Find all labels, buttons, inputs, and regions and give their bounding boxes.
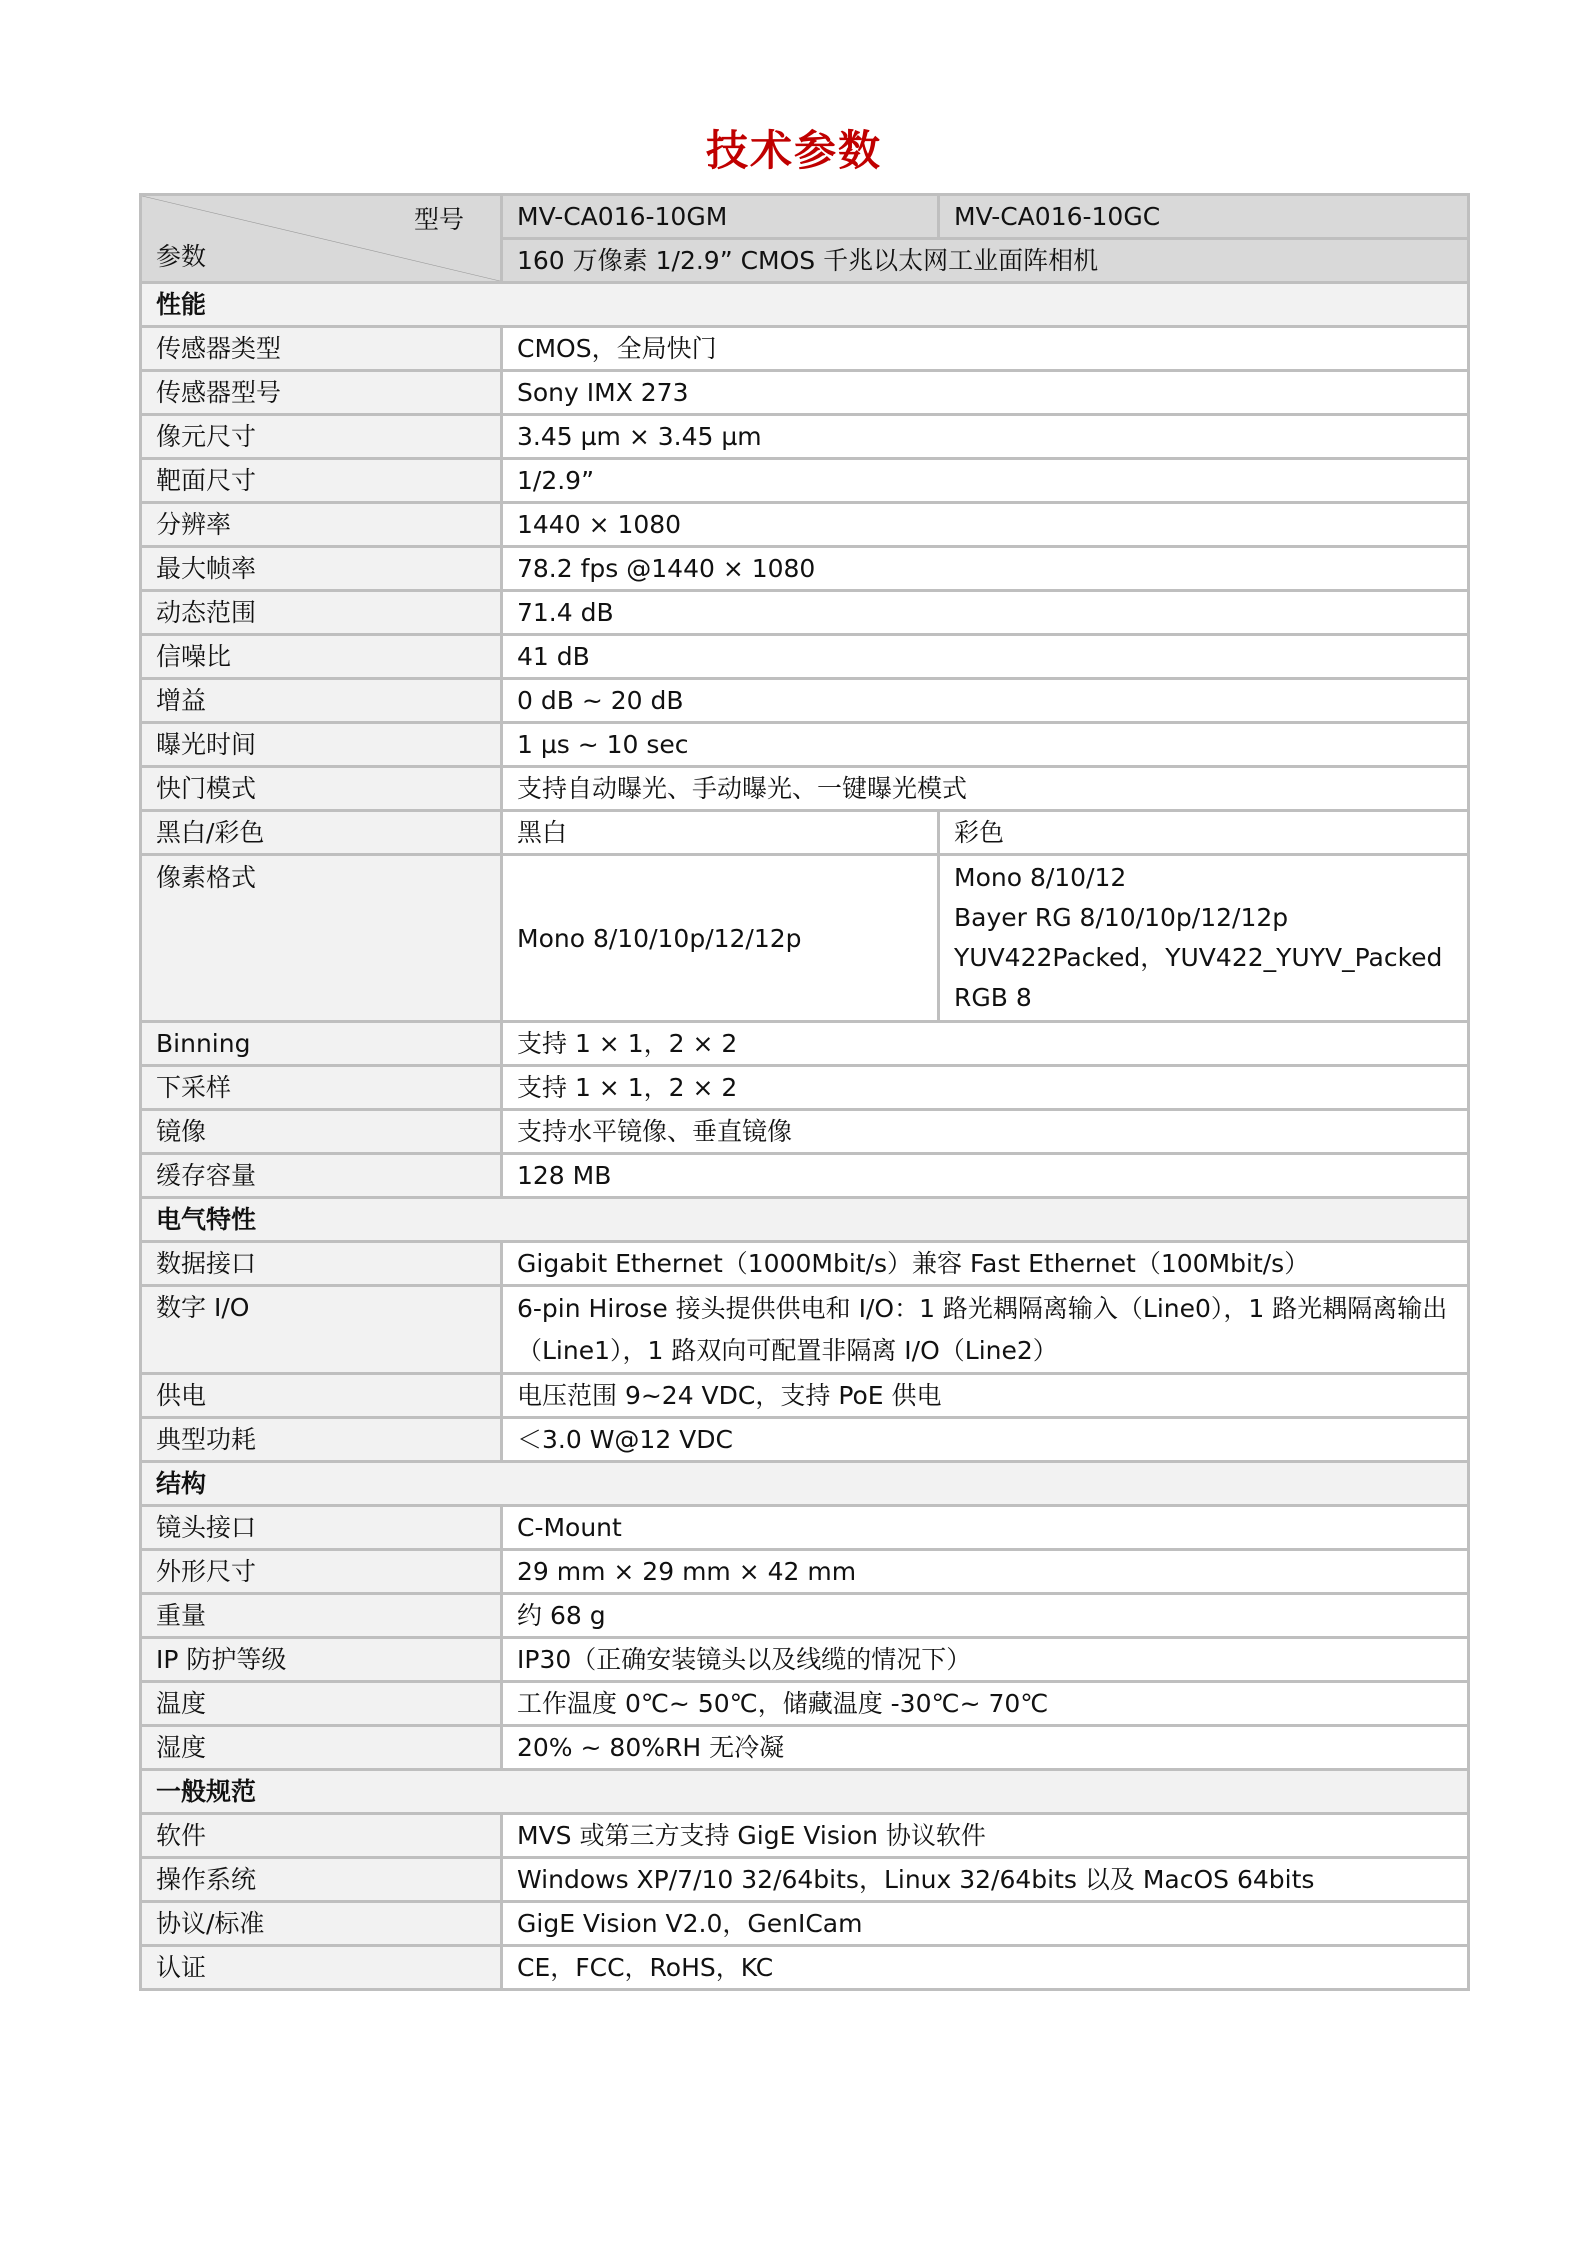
row-label: 协议/标准: [141, 1902, 502, 1946]
row-label: 传感器型号: [141, 371, 502, 415]
section-performance: 性能: [141, 283, 1469, 327]
row-value: 支持水平镜像、垂直镜像: [502, 1110, 1469, 1154]
section-title: 性能: [141, 283, 1469, 327]
row-value: 1440 × 1080: [502, 503, 1469, 547]
header-row-models: 型号 参数 MV-CA016-10GM MV-CA016-10GC: [141, 195, 1469, 239]
pixel-format-line: RGB 8: [954, 978, 1455, 1018]
table-row: 靶面尺寸1/2.9”: [141, 459, 1469, 503]
row-value: 6-pin Hirose 接头提供供电和 I/O：1 路光耦隔离输入（Line0…: [502, 1286, 1469, 1374]
row-value: 3.45 µm × 3.45 µm: [502, 415, 1469, 459]
table-row: 协议/标准GigE Vision V2.0，GenICam: [141, 1902, 1469, 1946]
table-row: 重量约 68 g: [141, 1594, 1469, 1638]
row-value: 1/2.9”: [502, 459, 1469, 503]
table-row-color: 黑白/彩色 黑白 彩色: [141, 811, 1469, 855]
row-label: 分辨率: [141, 503, 502, 547]
table-row: 湿度20% ~ 80%RH 无冷凝: [141, 1726, 1469, 1770]
row-value: 0 dB ~ 20 dB: [502, 679, 1469, 723]
table-row: IP 防护等级IP30（正确安装镜头以及线缆的情况下）: [141, 1638, 1469, 1682]
row-value-gm: 黑白: [502, 811, 939, 855]
row-label: 供电: [141, 1374, 502, 1418]
table-row: 增益0 dB ~ 20 dB: [141, 679, 1469, 723]
row-value: CMOS，全局快门: [502, 327, 1469, 371]
row-label: 靶面尺寸: [141, 459, 502, 503]
row-label: 增益: [141, 679, 502, 723]
row-label: 快门模式: [141, 767, 502, 811]
table-row: 缓存容量128 MB: [141, 1154, 1469, 1198]
row-value: 41 dB: [502, 635, 1469, 679]
row-value: 支持 1 × 1，2 × 2: [502, 1022, 1469, 1066]
row-label: 信噪比: [141, 635, 502, 679]
row-label: 认证: [141, 1946, 502, 1990]
row-label: 典型功耗: [141, 1418, 502, 1462]
row-value: 支持 1 × 1，2 × 2: [502, 1066, 1469, 1110]
pixel-format-line: Bayer RG 8/10/10p/12/12p: [954, 898, 1455, 938]
row-label: 数字 I/O: [141, 1286, 502, 1374]
row-label: 镜像: [141, 1110, 502, 1154]
row-value-gc: Mono 8/10/12 Bayer RG 8/10/10p/12/12p YU…: [939, 855, 1469, 1022]
row-value: C-Mount: [502, 1506, 1469, 1550]
row-label: 动态范围: [141, 591, 502, 635]
pixel-format-line: Mono 8/10/12: [954, 858, 1455, 898]
row-value-gm: Mono 8/10/10p/12/12p: [502, 855, 939, 1022]
section-title: 结构: [141, 1462, 1469, 1506]
row-label: 温度: [141, 1682, 502, 1726]
model-gm: MV-CA016-10GM: [502, 195, 939, 239]
row-label: 重量: [141, 1594, 502, 1638]
row-label: 下采样: [141, 1066, 502, 1110]
table-row: 外形尺寸29 mm × 29 mm × 42 mm: [141, 1550, 1469, 1594]
table-row: 分辨率1440 × 1080: [141, 503, 1469, 547]
row-label: 黑白/彩色: [141, 811, 502, 855]
table-row: 下采样支持 1 × 1，2 × 2: [141, 1066, 1469, 1110]
row-value: 约 68 g: [502, 1594, 1469, 1638]
row-value: MVS 或第三方支持 GigE Vision 协议软件: [502, 1814, 1469, 1858]
row-value: 71.4 dB: [502, 591, 1469, 635]
row-label: 湿度: [141, 1726, 502, 1770]
row-value: Sony IMX 273: [502, 371, 1469, 415]
table-row: 数字 I/O6-pin Hirose 接头提供供电和 I/O：1 路光耦隔离输入…: [141, 1286, 1469, 1374]
param-label: 参数: [156, 237, 206, 277]
pixel-format-line: YUV422Packed，YUV422_YUYV_Packed: [954, 938, 1455, 978]
section-structure: 结构: [141, 1462, 1469, 1506]
product-description: 160 万像素 1/2.9” CMOS 千兆以太网工业面阵相机: [502, 239, 1469, 283]
section-title: 电气特性: [141, 1198, 1469, 1242]
table-row: 传感器类型CMOS，全局快门: [141, 327, 1469, 371]
row-value: 电压范围 9~24 VDC，支持 PoE 供电: [502, 1374, 1469, 1418]
row-label: IP 防护等级: [141, 1638, 502, 1682]
row-value: 支持自动曝光、手动曝光、一键曝光模式: [502, 767, 1469, 811]
section-electrical: 电气特性: [141, 1198, 1469, 1242]
row-value: IP30（正确安装镜头以及线缆的情况下）: [502, 1638, 1469, 1682]
table-row: 最大帧率78.2 fps @1440 × 1080: [141, 547, 1469, 591]
table-row: 动态范围71.4 dB: [141, 591, 1469, 635]
table-row: 像元尺寸3.45 µm × 3.45 µm: [141, 415, 1469, 459]
row-value: 78.2 fps @1440 × 1080: [502, 547, 1469, 591]
row-label: 操作系统: [141, 1858, 502, 1902]
table-row: 操作系统Windows XP/7/10 32/64bits，Linux 32/6…: [141, 1858, 1469, 1902]
row-label: Binning: [141, 1022, 502, 1066]
table-row: 温度工作温度 0℃~ 50℃，储藏温度 -30℃~ 70℃: [141, 1682, 1469, 1726]
row-value: 128 MB: [502, 1154, 1469, 1198]
table-row: 镜头接口C-Mount: [141, 1506, 1469, 1550]
row-value: ＜3.0 W@12 VDC: [502, 1418, 1469, 1462]
table-row: 快门模式支持自动曝光、手动曝光、一键曝光模式: [141, 767, 1469, 811]
spec-table: 型号 参数 MV-CA016-10GM MV-CA016-10GC 160 万像…: [139, 193, 1470, 1991]
table-row: 曝光时间1 µs ~ 10 sec: [141, 723, 1469, 767]
row-label: 像元尺寸: [141, 415, 502, 459]
row-value: GigE Vision V2.0，GenICam: [502, 1902, 1469, 1946]
row-label: 像素格式: [141, 855, 502, 1022]
header-diagonal-cell: 型号 参数: [141, 195, 502, 283]
row-value: 1 µs ~ 10 sec: [502, 723, 1469, 767]
row-value: CE，FCC，RoHS，KC: [502, 1946, 1469, 1990]
table-row: 供电电压范围 9~24 VDC，支持 PoE 供电: [141, 1374, 1469, 1418]
table-row: 传感器型号Sony IMX 273: [141, 371, 1469, 415]
row-value: 工作温度 0℃~ 50℃，储藏温度 -30℃~ 70℃: [502, 1682, 1469, 1726]
row-value: Windows XP/7/10 32/64bits，Linux 32/64bit…: [502, 1858, 1469, 1902]
table-row: 典型功耗＜3.0 W@12 VDC: [141, 1418, 1469, 1462]
table-row: 镜像支持水平镜像、垂直镜像: [141, 1110, 1469, 1154]
section-general: 一般规范: [141, 1770, 1469, 1814]
table-row-pixel-format: 像素格式 Mono 8/10/10p/12/12p Mono 8/10/12 B…: [141, 855, 1469, 1022]
table-row: Binning支持 1 × 1，2 × 2: [141, 1022, 1469, 1066]
row-label: 外形尺寸: [141, 1550, 502, 1594]
table-row: 认证CE，FCC，RoHS，KC: [141, 1946, 1469, 1990]
row-label: 数据接口: [141, 1242, 502, 1286]
page-title: 技术参数: [0, 118, 1588, 178]
row-label: 缓存容量: [141, 1154, 502, 1198]
row-value: Gigabit Ethernet（1000Mbit/s）兼容 Fast Ethe…: [502, 1242, 1469, 1286]
model-label: 型号: [414, 200, 464, 240]
section-title: 一般规范: [141, 1770, 1469, 1814]
table-row: 软件MVS 或第三方支持 GigE Vision 协议软件: [141, 1814, 1469, 1858]
row-label: 传感器类型: [141, 327, 502, 371]
table-row: 信噪比41 dB: [141, 635, 1469, 679]
row-label: 最大帧率: [141, 547, 502, 591]
row-label: 曝光时间: [141, 723, 502, 767]
model-gc: MV-CA016-10GC: [939, 195, 1469, 239]
row-label: 软件: [141, 1814, 502, 1858]
row-value-gc: 彩色: [939, 811, 1469, 855]
row-value: 29 mm × 29 mm × 42 mm: [502, 1550, 1469, 1594]
row-value: 20% ~ 80%RH 无冷凝: [502, 1726, 1469, 1770]
table-row: 数据接口Gigabit Ethernet（1000Mbit/s）兼容 Fast …: [141, 1242, 1469, 1286]
row-label: 镜头接口: [141, 1506, 502, 1550]
